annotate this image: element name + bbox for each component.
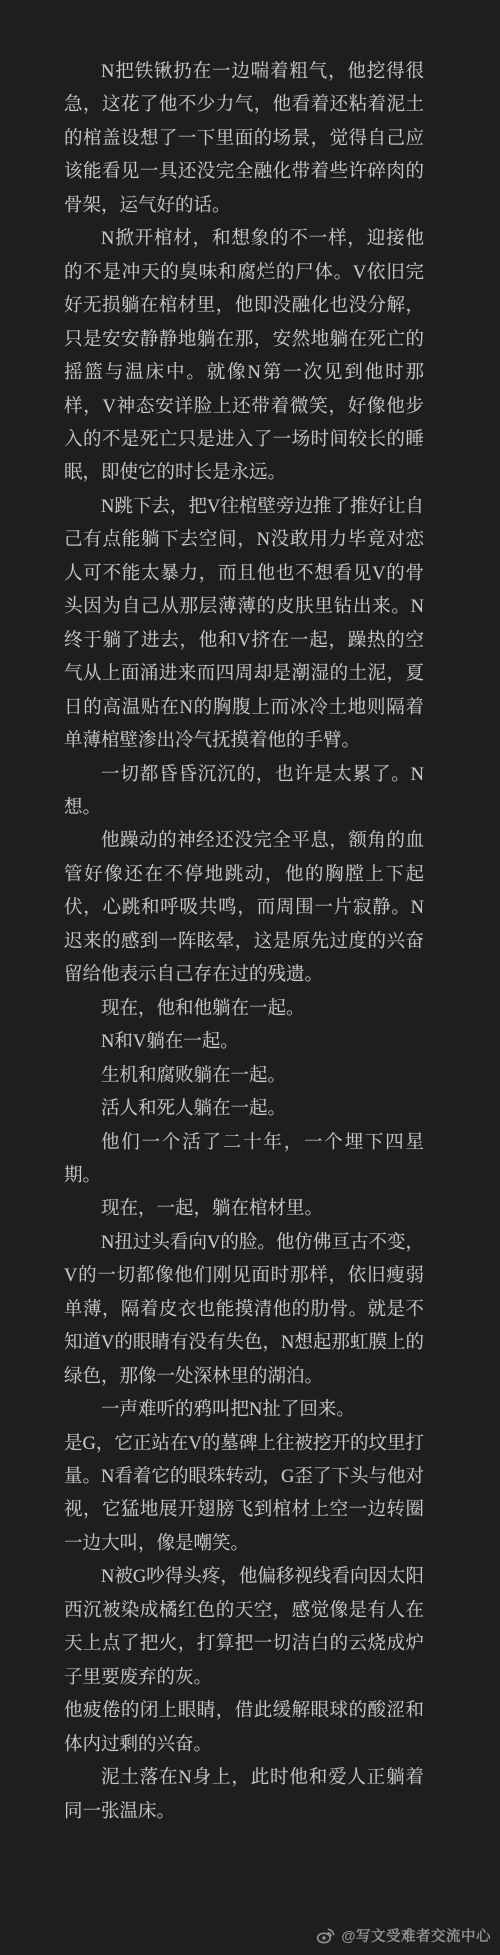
story-page: N把铁锹扔在一边喘着粗气，他挖得很急，这花了他不少力气，他看着还粘着泥土的棺盖设… [0,0,500,1955]
paragraph: 他疲倦的闭上眼睛，借此缓解眼球的酸涩和体内过剩的兴奋。 [64,1695,424,1762]
weibo-icon [316,1927,336,1944]
story-text-block: N把铁锹扔在一边喘着粗气，他挖得很急，这花了他不少力气，他看着还粘着泥土的棺盖设… [64,56,424,1829]
paragraph: N掀开棺材，和想象的不一样，迎接他的不是冲天的臭味和腐烂的尸体。V依旧完好无损躺… [64,223,424,491]
watermark-text: @写文受难者交流中心 [341,1925,491,1946]
paragraph: N跳下去，把V往棺壁旁边推了推好让自己有点能躺下去空间，N没敢用力毕竟对恋人可不… [64,491,424,759]
paragraph: 泥土落在N身上，此时他和爱人正躺着同一张温床。 [64,1762,424,1829]
paragraph: N把铁锹扔在一边喘着粗气，他挖得很急，这花了他不少力气，他看着还粘着泥土的棺盖设… [64,56,424,223]
paragraph: N和V躺在一起。 [64,1026,424,1059]
watermark: @写文受难者交流中心 [316,1925,491,1946]
paragraph: 现在，一起，躺在棺材里。 [64,1193,424,1226]
paragraph: 活人和死人躺在一起。 [64,1093,424,1126]
paragraph: 一声难听的鸦叫把N扯了回来。 [64,1394,424,1427]
paragraph: 他躁动的神经还没完全平息，额角的血管好像还在不停地跳动，他的胸膛上下起伏，心跳和… [64,825,424,992]
paragraph: N被G吵得头疼，他偏移视线看向因太阳西沉被染成橘红色的天空，感觉像是有人在天上点… [64,1561,424,1695]
paragraph: 生机和腐败躺在一起。 [64,1060,424,1093]
paragraph: 一切都昏昏沉沉的，也许是太累了。N想。 [64,759,424,826]
paragraph: 是G，它正站在V的墓碑上往被挖开的坟里打量。N看着它的眼珠转动，G歪了下头与他对… [64,1428,424,1562]
paragraph: 他们一个活了二十年，一个埋下四星期。 [64,1127,424,1194]
paragraph: 现在，他和他躺在一起。 [64,993,424,1026]
paragraph: N扭过头看向V的脸。他仿佛亘古不变，V的一切都像他们刚见面时那样，依旧瘦弱单薄，… [64,1227,424,1394]
